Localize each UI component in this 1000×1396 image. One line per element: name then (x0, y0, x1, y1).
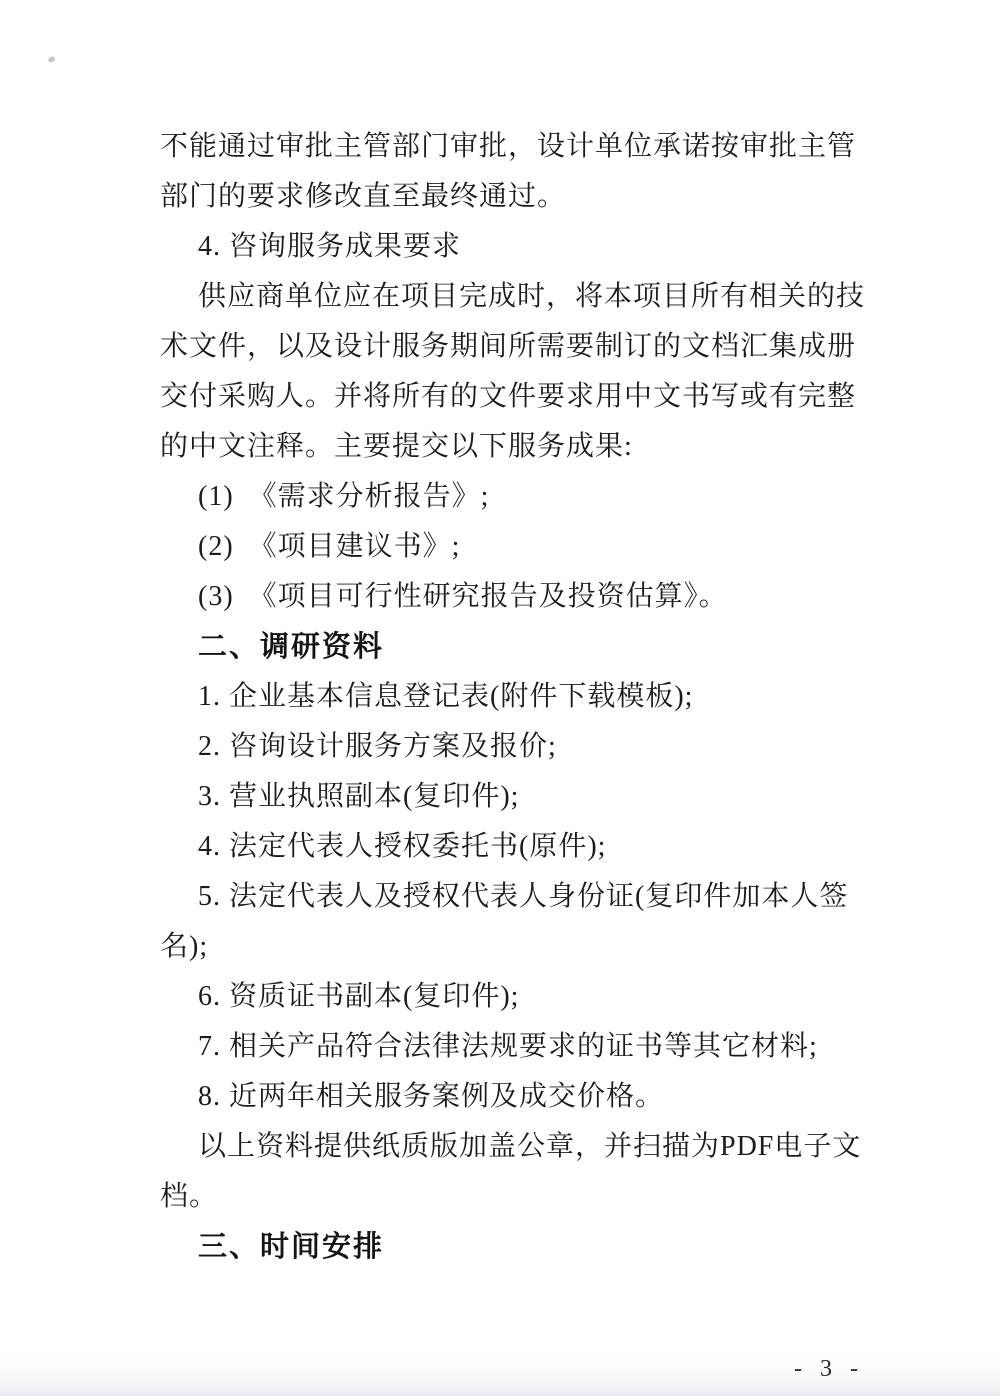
text-line: 供应商单位应在项目完成时，将本项目所有相关的技 (160, 272, 876, 322)
text-line: 名); (160, 922, 876, 972)
text-line: 以上资料提供纸质版加盖公章，并扫描为PDF电子文 (160, 1122, 876, 1172)
text-line: 交付采购人。并将所有的文件要求用中文书写或有完整 (160, 372, 876, 422)
text-line: 的中文注释。主要提交以下服务成果: (160, 422, 876, 472)
text-line: 2. 咨询设计服务方案及报价; (160, 722, 876, 772)
text-line: (1) 《需求分析报告》; (160, 472, 876, 522)
text-line: 档。 (160, 1172, 876, 1222)
text-line: (2) 《项目建议书》; (160, 522, 876, 572)
text-line: 部门的要求修改直至最终通过。 (160, 172, 876, 222)
text-line: 术文件，以及设计服务期间所需要制订的文档汇集成册 (160, 322, 876, 372)
text-line: 6. 资质证书副本(复印件); (160, 972, 876, 1022)
text-line: 不能通过审批主管部门审批，设计单位承诺按审批主管 (160, 122, 876, 172)
text-line: 5. 法定代表人及授权代表人身份证(复印件加本人签 (160, 872, 876, 922)
section-heading: 三、时间安排 (160, 1222, 876, 1272)
text-line: 7. 相关产品符合法律法规要求的证书等其它材料; (160, 1022, 876, 1072)
text-line: (3) 《项目可行性研究报告及投资估算》。 (160, 572, 876, 622)
text-line: 4. 法定代表人授权委托书(原件); (160, 822, 876, 872)
text-line: 3. 营业执照副本(复印件); (160, 772, 876, 822)
text-line: 1. 企业基本信息登记表(附件下载模板); (160, 672, 876, 722)
scanned-page: 不能通过审批主管部门审批，设计单位承诺按审批主管部门的要求修改直至最终通过。4.… (0, 0, 1000, 1396)
text-line: 8. 近两年相关服务案例及成交价格。 (160, 1072, 876, 1122)
section-heading: 二、调研资料 (160, 622, 876, 672)
document-body: 不能通过审批主管部门审批，设计单位承诺按审批主管部门的要求修改直至最终通过。4.… (160, 122, 876, 1272)
scan-speck-artifact (47, 56, 55, 63)
page-number: - 3 - (794, 1352, 864, 1386)
text-line: 4. 咨询服务成果要求 (160, 222, 876, 272)
